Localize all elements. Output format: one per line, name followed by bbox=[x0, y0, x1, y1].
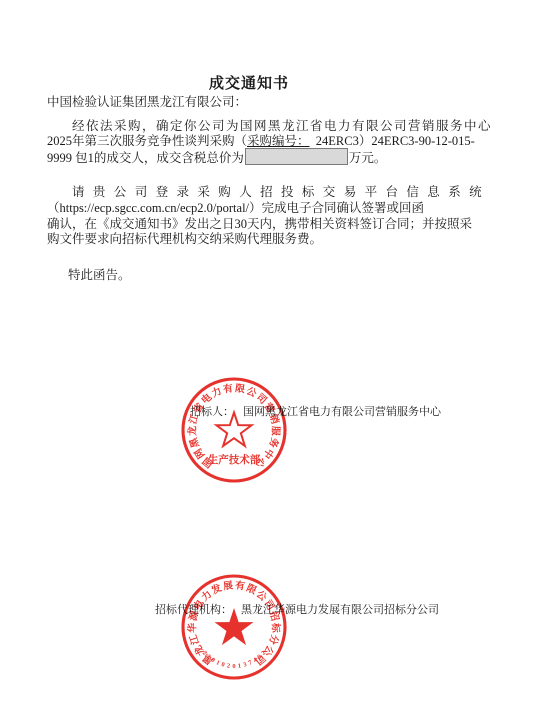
svg-text:心: 心 bbox=[252, 455, 269, 472]
svg-text:0: 0 bbox=[210, 657, 216, 665]
bidder-line: 招标人：国网黑龙江省电力有限公司营销服务中心 bbox=[190, 405, 441, 419]
svg-text:公: 公 bbox=[260, 643, 276, 658]
svg-text:0: 0 bbox=[232, 663, 235, 670]
svg-text:力: 力 bbox=[198, 587, 214, 603]
svg-text:龙: 龙 bbox=[185, 426, 198, 436]
svg-text:国: 国 bbox=[200, 454, 216, 470]
instructions-line-4: 购文件要求向招标代理机构交纳采购代理服务费。 bbox=[47, 232, 488, 248]
svg-text:有: 有 bbox=[222, 381, 234, 395]
bidder-label: 招标人： bbox=[190, 406, 234, 418]
svg-text:发: 发 bbox=[208, 581, 223, 597]
agency-stamp: 黑龙江华源电力发展有限公司招标分公司2301020137482 bbox=[179, 572, 289, 682]
instructions-line-1: 请贵公司登录采购人招投标交易平台信息系统 bbox=[47, 185, 488, 201]
svg-text:7: 7 bbox=[247, 659, 254, 667]
svg-text:黑: 黑 bbox=[200, 651, 216, 667]
svg-text:2: 2 bbox=[260, 650, 267, 657]
svg-text:中: 中 bbox=[260, 446, 276, 462]
svg-text:华: 华 bbox=[185, 623, 198, 633]
svg-text:1: 1 bbox=[237, 662, 241, 669]
award-line-3: 9999 包1的成交人，成交含税总价为万元。 bbox=[47, 148, 488, 163]
svg-text:服: 服 bbox=[269, 426, 282, 436]
svg-text:展: 展 bbox=[222, 578, 234, 592]
closing-line: 特此函告。 bbox=[68, 268, 131, 283]
svg-text:公: 公 bbox=[254, 588, 269, 604]
svg-text:有: 有 bbox=[234, 578, 246, 592]
instructions-line-2: （https://ecp.sgcc.com.cn/ecp2.0/portal/）… bbox=[47, 201, 488, 217]
instructions-line-3: 确认，在《成交通知书》发出之日30天内，携带相关资料签订合同；并按照采 bbox=[47, 217, 488, 233]
award-line-1: 经依法采购，确定你公司为国网黑龙江省电力有限公司营销服务中心 bbox=[47, 119, 488, 134]
svg-text:司: 司 bbox=[252, 652, 268, 668]
paragraph-instructions: 请贵公司登录采购人招投标交易平台信息系统 （https://ecp.sgcc.c… bbox=[47, 185, 488, 248]
agency-line: 招标代理机构：黑龙江华源电力发展有限公司招标分公司 bbox=[155, 603, 439, 617]
svg-text:2: 2 bbox=[201, 650, 208, 657]
redacted-amount bbox=[245, 148, 348, 165]
svg-text:标: 标 bbox=[269, 622, 282, 634]
bidder-name: 国网黑龙江省电力有限公司营销服务中心 bbox=[243, 406, 441, 418]
paragraph-award: 经依法采购，确定你公司为国网黑龙江省电力有限公司营销服务中心 2025年第三次服… bbox=[47, 119, 488, 163]
svg-text:江: 江 bbox=[186, 633, 202, 647]
svg-text:4: 4 bbox=[252, 656, 259, 664]
svg-text:3: 3 bbox=[205, 653, 212, 660]
svg-text:网: 网 bbox=[191, 446, 207, 462]
agency-label: 招标代理机构： bbox=[155, 604, 232, 616]
svg-text:限: 限 bbox=[234, 381, 246, 395]
agency-name: 黑龙江华源电力发展有限公司招标分公司 bbox=[241, 604, 439, 616]
svg-text:2: 2 bbox=[226, 662, 230, 669]
svg-text:分: 分 bbox=[266, 633, 281, 646]
svg-text:生产技术部: 生产技术部 bbox=[208, 453, 261, 466]
svg-text:黑: 黑 bbox=[186, 436, 201, 449]
svg-text:8: 8 bbox=[256, 653, 263, 660]
svg-text:限: 限 bbox=[244, 581, 259, 597]
document-page: 成交通知书 中国检验认证集团黑龙江有限公司： 经依法采购，确定你公司为国网黑龙江… bbox=[0, 0, 534, 710]
svg-text:公: 公 bbox=[244, 385, 258, 400]
award-line-2: 2025年第三次服务竞争性谈判采购（采购编号： 24ERC3）24ERC3-90… bbox=[47, 134, 488, 149]
svg-text:力: 力 bbox=[209, 384, 224, 400]
page-title: 成交通知书 bbox=[0, 72, 498, 93]
addressee-line: 中国检验认证集团黑龙江有限公司： bbox=[47, 95, 488, 110]
svg-text:龙: 龙 bbox=[191, 643, 207, 659]
svg-text:0: 0 bbox=[220, 661, 225, 669]
svg-text:1: 1 bbox=[215, 659, 221, 667]
svg-text:3: 3 bbox=[242, 661, 247, 669]
bidder-stamp: 国网黑龙江省电力有限公司营销服务中心生产技术部 bbox=[179, 375, 289, 485]
svg-text:务: 务 bbox=[266, 436, 281, 449]
procurement-number-label: 采购编号： bbox=[247, 134, 310, 148]
